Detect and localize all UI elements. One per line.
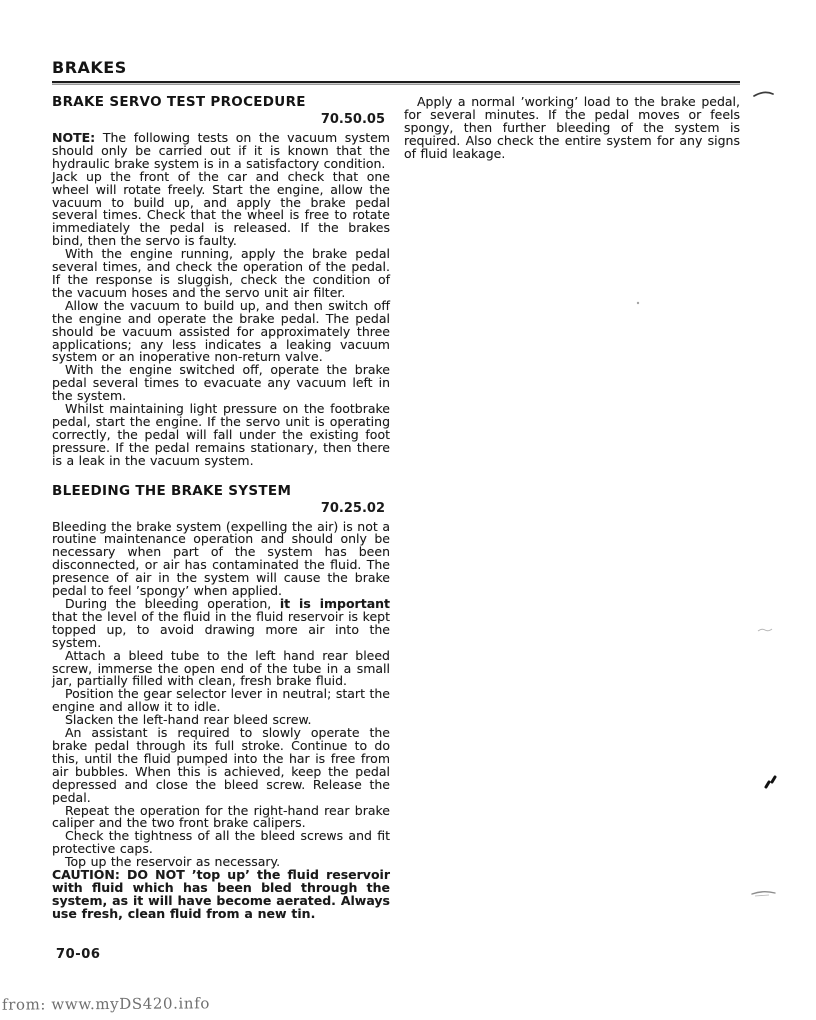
paragraph: With the engine switched off, operate th… (52, 364, 390, 403)
right-column: Apply a normal ’working’ load to the bra… (404, 94, 740, 921)
paragraph: CAUTION: DO NOT ’top up’ the fluid reser… (52, 869, 390, 921)
right-column-body: Apply a normal ’working’ load to the bra… (404, 96, 740, 161)
section-brake-servo-test: BRAKE SERVO TEST PROCEDURE 70.50.05 NOTE… (52, 94, 390, 468)
operation-code: 70.25.02 (52, 501, 390, 516)
title-rule (52, 81, 740, 85)
paragraph: Repeat the operation for the right-hand … (52, 805, 390, 831)
scan-mark-squiggle (757, 626, 773, 634)
paragraph: Attach a bleed tube to the left hand rea… (52, 650, 390, 689)
scan-mark-curve-bottom (751, 889, 777, 899)
paragraph: During the bleeding operation, it is imp… (52, 598, 390, 650)
paragraph: Position the gear selector lever in neut… (52, 688, 390, 714)
scan-mark-specks (763, 775, 779, 789)
text-run: An assistant is required to slowly opera… (52, 725, 390, 805)
paragraph: Jack up the front of the car and check t… (52, 171, 390, 248)
left-column: BRAKE SERVO TEST PROCEDURE 70.50.05 NOTE… (52, 94, 390, 921)
text-run: With the engine running, apply the brake… (52, 246, 390, 300)
watermark-text: from: www.myDS420.info (2, 994, 210, 1013)
paragraph: An assistant is required to slowly opera… (52, 727, 390, 804)
page-number: 70-06 (56, 947, 101, 962)
text-run: With the engine switched off, operate th… (52, 362, 390, 403)
two-column-layout: BRAKE SERVO TEST PROCEDURE 70.50.05 NOTE… (52, 94, 740, 921)
text-run: Check the tightness of all the bleed scr… (52, 828, 390, 856)
section-body: Bleeding the brake system (expelling the… (52, 521, 390, 921)
text-run: Bleeding the brake system (expelling the… (52, 519, 390, 599)
paragraph: Allow the vacuum to build up, and then s… (52, 300, 390, 365)
paragraph: With the engine running, apply the brake… (52, 248, 390, 300)
section-body: NOTE: The following tests on the vacuum … (52, 132, 390, 468)
page-title: BRAKES (52, 58, 740, 78)
text-run: Position the gear selector lever in neut… (52, 686, 390, 714)
scan-mark-dot (636, 301, 640, 305)
operation-code: 70.50.05 (52, 112, 390, 127)
text-run: The following tests on the vacuum system… (52, 130, 390, 171)
paragraph: NOTE: The following tests on the vacuum … (52, 132, 390, 171)
bold-text-run: CAUTION: DO NOT ’top up’ the fluid reser… (52, 867, 390, 921)
manual-page: BRAKES BRAKE SERVO TEST PROCEDURE 70.50.… (0, 0, 816, 1020)
section-bleeding-brake-system: BLEEDING THE BRAKE SYSTEM 70.25.02 Bleed… (52, 483, 390, 921)
scan-mark-curve-top (753, 89, 775, 99)
text-run: that the level of the fluid in the fluid… (52, 609, 390, 650)
text-run: Attach a bleed tube to the left hand rea… (52, 648, 390, 689)
text-run: Repeat the operation for the right-hand … (52, 803, 390, 831)
paragraph: Whilst maintaining light pressure on the… (52, 403, 390, 468)
section-heading: BLEEDING THE BRAKE SYSTEM (52, 483, 390, 499)
text-run: Jack up the front of the car and check t… (52, 169, 390, 249)
text-run: Apply a normal ’working’ load to the bra… (404, 94, 740, 161)
text-run: Whilst maintaining light pressure on the… (52, 401, 390, 468)
page-content: BRAKES BRAKE SERVO TEST PROCEDURE 70.50.… (52, 58, 740, 921)
text-run: Allow the vacuum to build up, and then s… (52, 298, 390, 365)
section-heading: BRAKE SERVO TEST PROCEDURE (52, 94, 390, 110)
paragraph: Bleeding the brake system (expelling the… (52, 521, 390, 598)
paragraph: Check the tightness of all the bleed scr… (52, 830, 390, 856)
paragraph: Apply a normal ’working’ load to the bra… (404, 96, 740, 161)
